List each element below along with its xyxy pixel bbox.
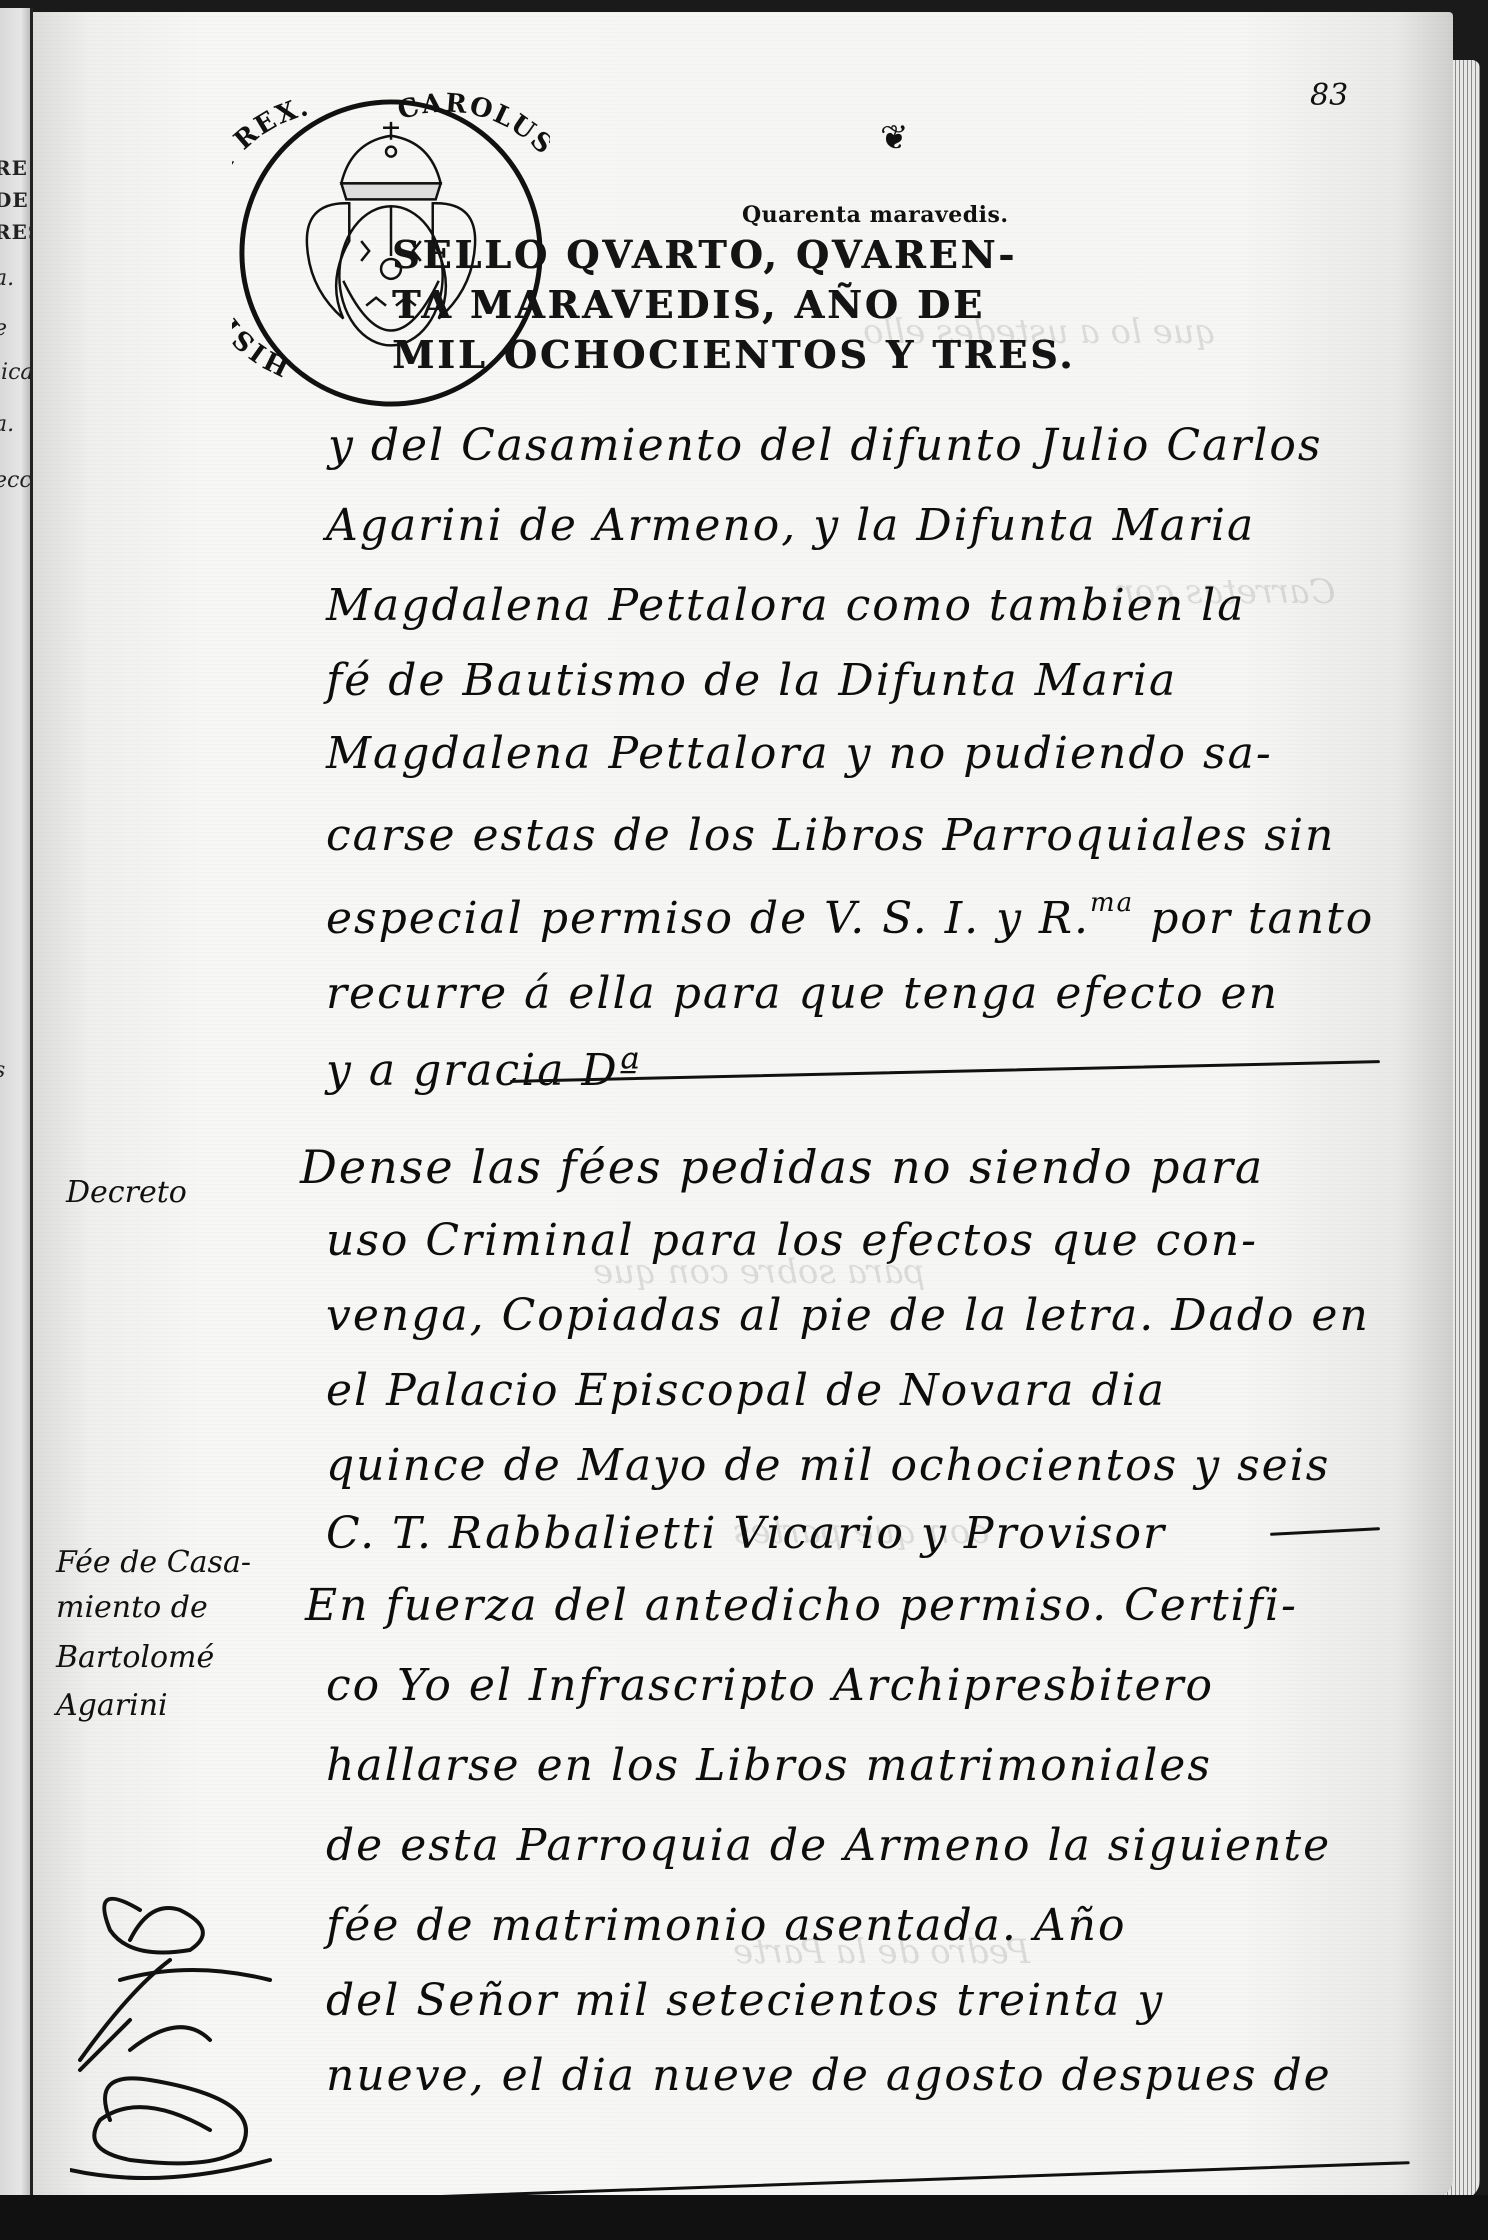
body-line: y del Casamiento del difunto Julio Carlo… [328,420,1322,471]
certificate-line: del Señor mil setecientos treinta y [326,1975,1164,2026]
decree-line: el Palacio Episcopal de Novara dia [326,1365,1166,1416]
body-line: Agarini de Armeno, y la Difunta Maria [326,500,1255,551]
certificate-line: hallarse en los Libros matrimoniales [326,1740,1212,1791]
body-line: y a gracia Dª [326,1045,642,1096]
adjacent-fragment: s [0,1058,5,1083]
margin-label-certificate-line: miento de [56,1590,208,1625]
decree-line: uso Criminal para los efectos que con- [326,1215,1258,1266]
adjacent-page-edge: RE DE RES a. e lica a. ecc s [0,8,33,2240]
stamp-line-2: TA MARAVEDIS, AÑO DE [392,282,985,327]
adjacent-fragment: RE [0,156,28,180]
certificate-line: de esta Parroquia de Armeno la siguiente [326,1820,1331,1871]
adjacent-fragment: e [0,316,7,341]
margin-label-decree: Decreto [66,1175,187,1210]
margin-label-certificate-line: Agarini [56,1688,168,1723]
stamp-line-1: SELLO QVARTO, QVAREN- [392,232,1017,277]
certificate-line: co Yo el Infrascripto Archipresbitero [326,1660,1214,1711]
body-line-text: especial permiso de V. S. I. y R. [326,893,1090,944]
body-line: Magdalena Pettalora y no pudiendo sa- [326,728,1273,779]
rubric-flourish-icon [70,1870,330,2190]
adjacent-fragment: lica [0,360,33,385]
folio-number: 83 [1310,78,1348,113]
adjacent-fragment: a. [0,412,14,437]
adjacent-fragment: RES [0,220,33,244]
margin-label-certificate-line: Bartolomé [56,1640,214,1675]
scanner-background [0,2195,1488,2240]
body-line: Magdalena Pettalora como tambien la [326,580,1245,631]
stamp-value-caption: Quarenta maravedis. [742,202,1009,228]
certificate-line: nueve, el dia nueve de agosto despues de [326,2050,1332,2101]
body-line: carse estas de los Libros Parroquiales s… [326,810,1335,861]
certificate-line: En fuerza del antedicho permiso. Certifi… [305,1580,1298,1631]
certificate-line: fée de matrimonio asentada. Año [326,1900,1126,1951]
body-line: fé de Bautismo de la Difunta Maria [326,655,1177,706]
body-line: especial permiso de V. S. I. y R.ma por … [326,888,1374,944]
adjacent-fragment: DE [0,188,29,212]
stamp-line-3: MIL OCHOCIENTOS Y TRES. [392,332,1075,377]
decree-line: venga, Copiadas al pie de la letra. Dado… [326,1290,1370,1341]
decree-signature: C. T. Rabbalietti Vicario y Provisor [326,1508,1166,1559]
adjacent-fragment: ecc [0,468,32,493]
decree-line: Dense las fées pedidas no siendo para [300,1140,1264,1194]
decree-line: quince de Mayo de mil ochocientos y seis [326,1440,1330,1491]
body-line-tail: por tanto [1150,893,1374,944]
body-line: recurre á ella para que tenga efecto en [326,968,1279,1019]
ornament-icon: ❦ [880,118,909,158]
margin-label-certificate-line: Fée de Casa- [56,1545,251,1580]
adjacent-fragment: a. [0,266,14,291]
superscript-abbrev: ma [1090,888,1134,918]
